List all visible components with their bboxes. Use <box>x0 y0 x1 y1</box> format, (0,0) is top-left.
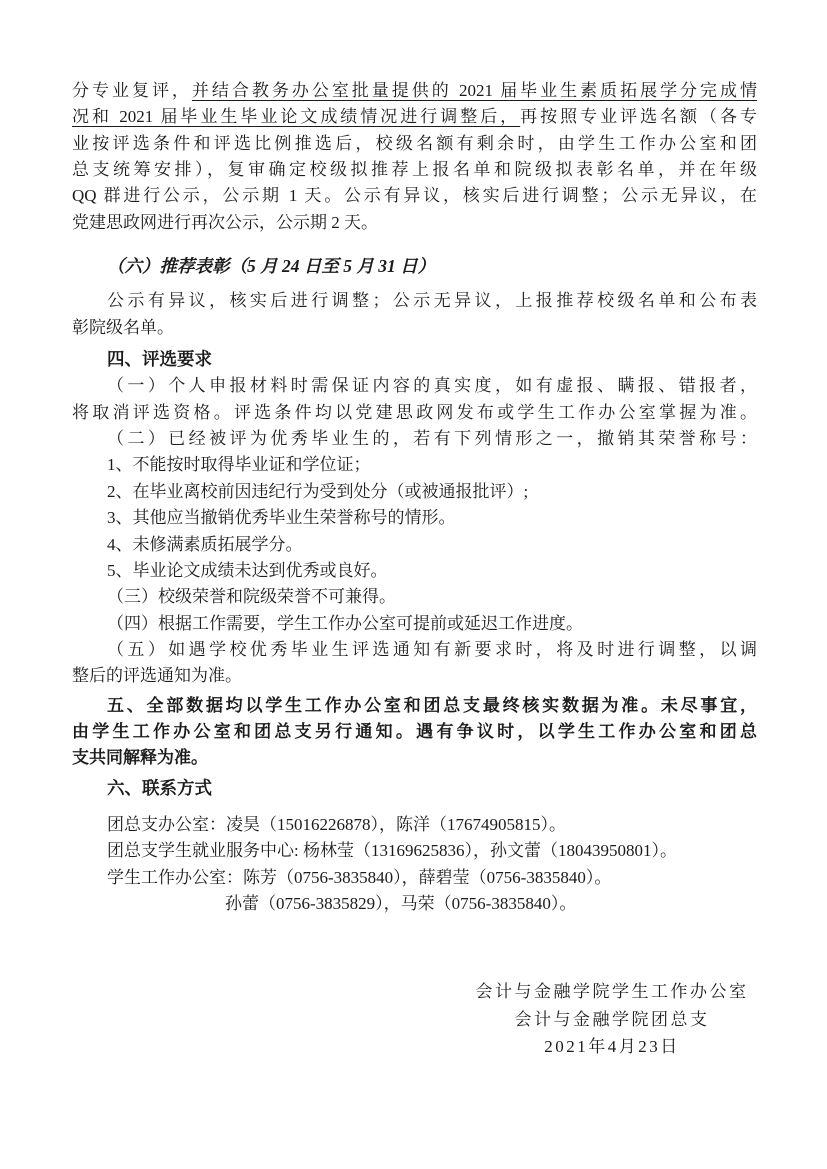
requirement-line: （三）校级荣誉和院级荣誉不可兼得。 <box>72 584 757 610</box>
list-item: 5、毕业论文成绩未达到优秀或良好。 <box>72 558 757 584</box>
section-heading-recommendation: （六）推荐表彰（5 月 24 日至 5 月 31 日） <box>72 253 757 279</box>
contact-line: 团总支学生就业服务中心: 杨林莹（13169625836），孙文蕾（180439… <box>72 838 757 864</box>
requirement-line: （四）根据工作需要，学生工作办公室可提前或延迟工作进度。 <box>72 611 757 637</box>
paragraph-line: 业按评选条件和评选比例推选后，校级名额有剩余时，由学生工作办公室和团 <box>72 131 757 157</box>
paragraph-line: 况和 2021 届毕业生毕业论文成绩情况进行调整后，再按照专业评选名额（各专 <box>72 104 757 130</box>
underlined-clause: 况和 2021 届毕业生毕业论文成绩情况进行调整后， <box>72 107 520 126</box>
underlined-clause: 并结合教务办公室批量提供的 2021 届毕业生素质拓展学分完成情 <box>192 81 757 100</box>
section-heading-contact: 六、联系方式 <box>72 775 757 801</box>
signature-block: 会计与金融学院学生工作办公室 会计与金融学院团总支 2021年4月23日 <box>467 978 757 1061</box>
contact-line: 孙蕾（0756-3835829），马荣（0756-3835840）。 <box>72 891 757 917</box>
contact-line: 团总支办公室：凌昊（15016226878），陈洋（17674905815）。 <box>72 812 757 838</box>
signature-org-1: 会计与金融学院学生工作办公室 <box>467 978 757 1006</box>
paragraph-line: 支共同解释为准。 <box>72 745 757 771</box>
list-item: 4、未修满素质拓展学分。 <box>72 532 757 558</box>
list-item: 3、其他应当撤销优秀毕业生荣誉称号的情形。 <box>72 505 757 531</box>
signature-org-2: 会计与金融学院团总支 <box>467 1006 757 1034</box>
requirements-list: （一）个人申报材料时需保证内容的真实度，如有虚报、瞒报、错报者， 将取消评选资格… <box>72 373 757 689</box>
paragraph-line: 党建思政网进行再次公示，公示期 2 天。 <box>72 210 757 236</box>
requirement-line: 整后的评选通知为准。 <box>72 663 757 689</box>
plain-text: 再按照专业评选名额（各专 <box>520 107 757 126</box>
paragraph-line: 公示有异议，核实后进行调整；公示无异议，上报推荐校级名单和公布表 <box>72 288 757 314</box>
publicity-paragraph: 公示有异议，核实后进行调整；公示无异议，上报推荐校级名单和公布表 彰院级名单。 <box>72 288 757 341</box>
paragraph-line: 由学生工作办公室和团总支另行通知。遇有争议时，以学生工作办公室和团总 <box>72 719 757 745</box>
document-page: 分专业复评，并结合教务办公室批量提供的 2021 届毕业生素质拓展学分完成情 况… <box>0 0 827 1169</box>
requirement-line: （五）如遇学校优秀毕业生评选通知有新要求时，将及时进行调整，以调 <box>72 637 757 663</box>
requirement-line: （二）已经被评为优秀毕业生的，若有下列情形之一，撤销其荣誉称号： <box>72 426 757 452</box>
requirement-line: 将取消评选资格。评选条件均以党建思政网发布或学生工作办公室掌握为准。 <box>72 400 757 426</box>
list-item: 1、不能按时取得毕业证和学位证； <box>72 452 757 478</box>
intro-paragraph: 分专业复评，并结合教务办公室批量提供的 2021 届毕业生素质拓展学分完成情 况… <box>72 78 757 236</box>
section-heading-requirements: 四、评选要求 <box>72 346 757 372</box>
list-item: 2、在毕业离校前因违纪行为受到处分（或被通报批评）; <box>72 479 757 505</box>
contact-list: 团总支办公室：凌昊（15016226878），陈洋（17674905815）。 … <box>72 812 757 917</box>
plain-text: 分专业复评， <box>72 81 192 100</box>
contact-line: 学生工作办公室：陈芳（0756-3835840），薛碧莹（0756-383584… <box>72 865 757 891</box>
final-data-paragraph: 五、全部数据均以学生工作办公室和团总支最终核实数据为准。未尽事宜， 由学生工作办… <box>72 693 757 772</box>
paragraph-line: 总支统筹安排），复审确定校级拟推荐上报名单和院级拟表彰名单，并在年级 <box>72 157 757 183</box>
signature-date: 2021年4月23日 <box>467 1033 757 1061</box>
requirement-line: （一）个人申报材料时需保证内容的真实度，如有虚报、瞒报、错报者， <box>72 373 757 399</box>
paragraph-line: QQ 群进行公示，公示期 1 天。公示有异议，核实后进行调整；公示无异议，在 <box>72 183 757 209</box>
paragraph-line: 分专业复评，并结合教务办公室批量提供的 2021 届毕业生素质拓展学分完成情 <box>72 78 757 104</box>
paragraph-line: 五、全部数据均以学生工作办公室和团总支最终核实数据为准。未尽事宜， <box>72 693 757 719</box>
paragraph-line: 彰院级名单。 <box>72 315 757 341</box>
